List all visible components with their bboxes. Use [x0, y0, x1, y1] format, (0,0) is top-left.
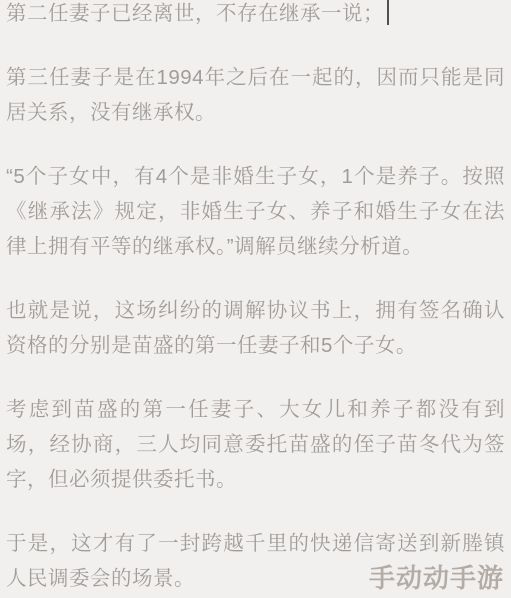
- watermark: 手动动手游: [369, 565, 504, 591]
- text-cursor: [387, 0, 389, 25]
- paragraph-text: 第二任妻子已经离世，不存在继承一说；: [6, 2, 384, 25]
- paragraph: 第二任妻子已经离世，不存在继承一说；: [6, 0, 505, 31]
- paragraph: 也就是说，这场纠纷的调解协议书上，拥有签名确认资格的分别是苗盛的第一任妻子和5个…: [6, 293, 505, 363]
- paragraph: 考虑到苗盛的第一任妻子、大女儿和养子都没有到场，经协商，三人均同意委托苗盛的侄子…: [6, 392, 505, 497]
- paragraph: 第三任妻子是在1994年之后在一起的，因而只能是同居关系，没有继承权。: [6, 60, 505, 130]
- reading-page: 第二任妻子已经离世，不存在继承一说； 第三任妻子是在1994年之后在一起的，因而…: [0, 0, 511, 594]
- paragraph: “5个子女中，有4个是非婚生子女，1个是养子。按照《继承法》规定，非婚生子女、养…: [6, 159, 505, 264]
